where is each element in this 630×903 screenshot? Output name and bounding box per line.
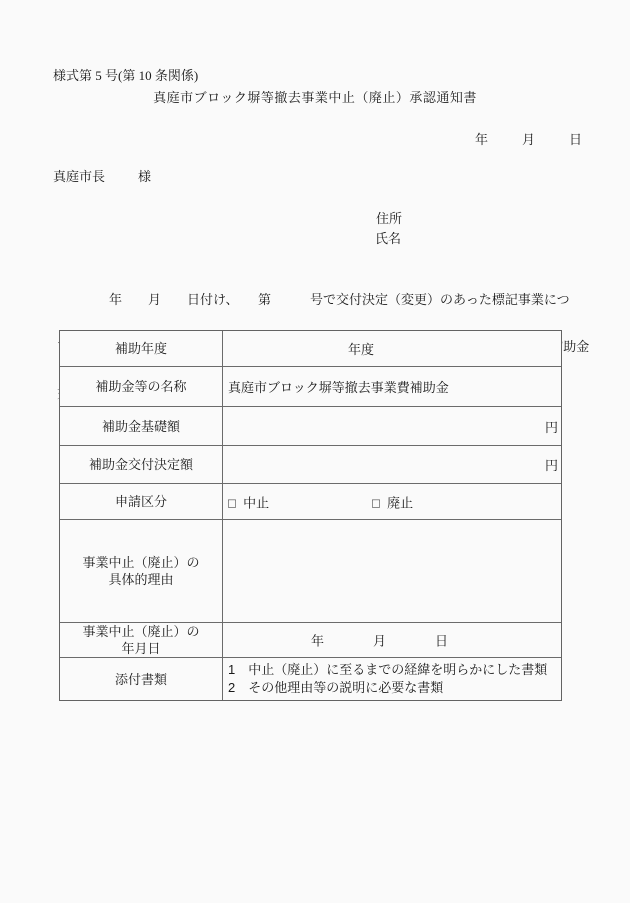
discontinue-date-month-label: 月 [373,631,386,650]
attachment-item-2: 2 その他理由等の説明に必要な書類 [228,679,443,697]
table-row-subsidy-name: 補助金等の名称 真庭市ブロック塀等撤去事業費補助金 [60,367,561,407]
row-label-base-amount: 補助金基礎額 [60,407,223,445]
issue-date-month-label: 月 [522,129,535,148]
checkbox-suspend-icon[interactable]: □ [228,495,236,510]
document-title: 真庭市ブロック塀等撤去事業中止（廃止）承認通知書 [0,87,630,106]
issue-date-day-label: 日 [569,129,582,148]
table-row-reason: 事業中止（廃止）の 具体的理由 [60,520,561,623]
row-label-reason-line-2: 具体的理由 [108,571,173,588]
table-row-base-amount: 補助金基礎額 円 [60,407,561,446]
row-label-discontinue-date: 事業中止（廃止）の 年月日 [60,623,223,657]
table-row-subsidy-year: 補助年度 年度 [60,331,561,367]
row-label-reason: 事業中止（廃止）の 具体的理由 [60,520,223,622]
row-label-decided-amount: 補助金交付決定額 [60,446,223,483]
base-amount-unit-label: 円 [545,417,558,436]
row-label-discontinue-date-line-1: 事業中止（廃止）の [82,623,199,640]
body-paragraph-line-1: 年 月 日付け、 第 号で交付決定（変更）のあった標記事業につ [57,291,579,308]
table-row-application-type: 申請区分 □ 中止 □ 廃止 [60,484,561,520]
sender-name-label: 氏名 [375,228,401,247]
addressee-honorific: 様 [138,166,151,185]
decided-amount-unit-label: 円 [545,455,558,474]
row-label-subsidy-name: 補助金等の名称 [60,367,223,406]
option-suspend-label: 中止 [243,495,269,510]
row-label-application-type: 申請区分 [60,484,223,519]
discontinue-date-day-label: 日 [435,631,448,650]
row-label-attachments: 添付書類 [60,658,223,700]
table-row-discontinue-date: 事業中止（廃止）の 年月日 年 月 日 [60,623,561,658]
application-type-option-suspend: □ 中止 [228,492,269,511]
subsidy-form-table: 補助年度 年度 補助金等の名称 真庭市ブロック塀等撤去事業費補助金 補助金基礎額… [59,330,562,701]
reason-value-cell [223,520,561,622]
issue-date-year-label: 年 [475,129,488,148]
row-label-reason-line-1: 事業中止（廃止）の [82,554,199,571]
table-row-decided-amount: 補助金交付決定額 円 [60,446,561,484]
discontinue-date-year-label: 年 [311,631,324,650]
subsidy-year-value: 年度 [348,339,374,358]
checkbox-abolish-icon[interactable]: □ [372,495,380,510]
addressee-name: 真庭市長 [53,166,105,185]
form-document: 様式第 5 号(第 10 条関係) 真庭市ブロック塀等撤去事業中止（廃止）承認通… [0,0,630,903]
row-label-subsidy-year: 補助年度 [60,331,223,366]
row-label-discontinue-date-line-2: 年月日 [121,640,160,657]
attachment-item-1: 1 中止（廃止）に至るまでの経緯を明らかにした書類 [228,661,547,679]
subsidy-name-value: 真庭市ブロック塀等撤去事業費補助金 [228,377,449,396]
option-abolish-label: 廃止 [387,495,413,510]
table-row-attachments: 添付書類 1 中止（廃止）に至るまでの経緯を明らかにした書類 2 その他理由等の… [60,658,561,700]
application-type-option-abolish: □ 廃止 [372,492,413,511]
form-number-text: 様式第 5 号(第 10 条関係) [53,65,198,84]
sender-address-label: 住所 [376,208,402,227]
